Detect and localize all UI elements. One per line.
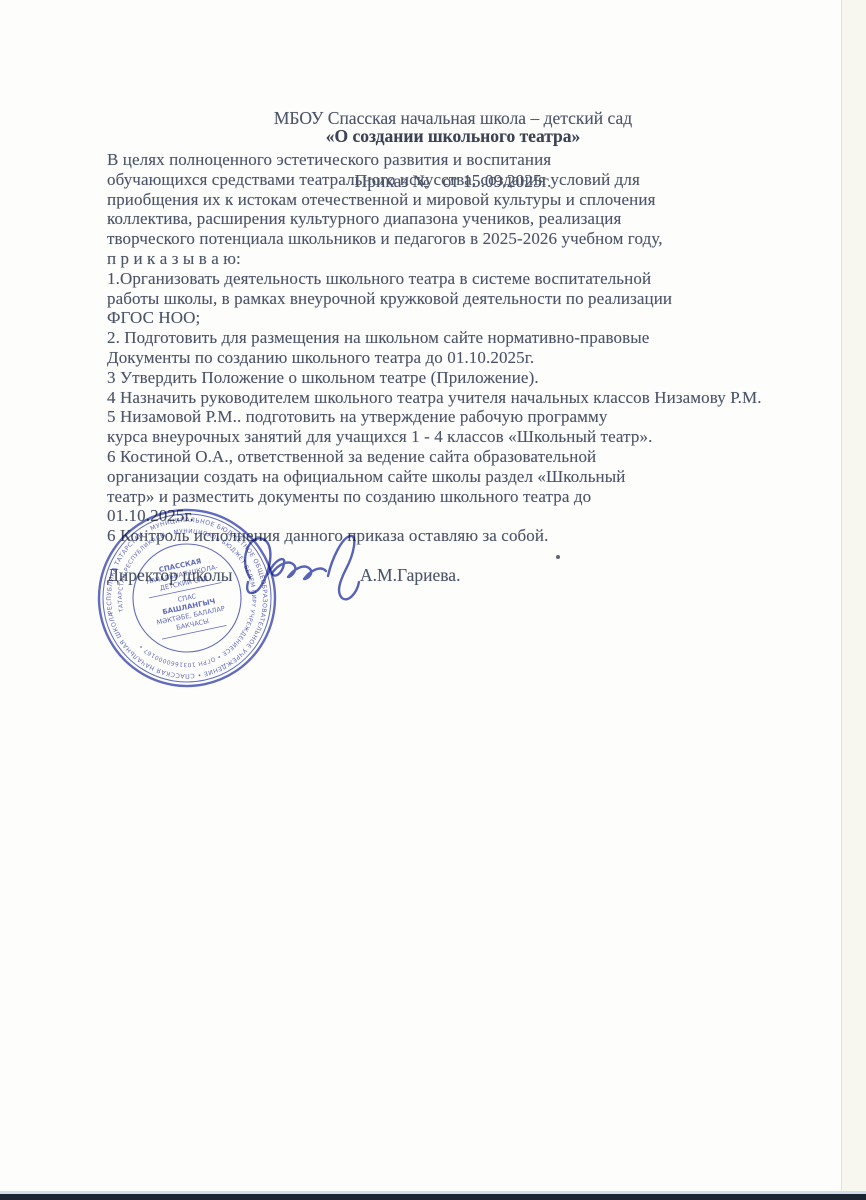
body-line: приобщения их к истокам отечественной и … <box>107 190 807 210</box>
body-line: 2. Подготовить для размещения на школьно… <box>107 328 807 348</box>
body-line: организации создать на официальном сайте… <box>107 467 807 487</box>
stamp-center-text: СПАССКАЯ НАЧАЛЬНАЯ ШКОЛА- ДЕТСКИЙ САД СП… <box>143 554 230 640</box>
scan-bottom-strip-dark <box>0 1194 866 1200</box>
scanned-document-page: МБОУ Спасская начальная школа – детский … <box>0 0 866 1200</box>
paper-right-edge <box>841 0 866 1200</box>
document-title: «О создании школьного театра» <box>107 126 799 147</box>
body-line: 4 Назначить руководителем школьного теат… <box>107 388 807 408</box>
body-line: 3 Утвердить Положение о школьном театре … <box>107 368 807 388</box>
body-line: 5 Низамовой Р.М.. подготовить на утвержд… <box>107 407 807 427</box>
body-line: работы школы, в рамках внеурочной кружко… <box>107 289 807 309</box>
body-line: ФГОС НОО; <box>107 308 807 328</box>
body-line: коллектива, расширения культурного диапа… <box>107 209 807 229</box>
body-line: Документы по созданию школьного театра д… <box>107 348 807 368</box>
body-line: п р и к а з ы в а ю: <box>107 249 807 269</box>
document-body: В целях полноценного эстетического разви… <box>107 150 807 546</box>
body-line: обучающихся средствами театрального иску… <box>107 170 807 190</box>
body-line: творческого потенциала школьников и педа… <box>107 229 807 249</box>
body-line: 6 Костиной О.А., ответственной за ведени… <box>107 447 807 467</box>
body-line: 1.Организовать деятельность школьного те… <box>107 269 807 289</box>
body-line: курса внеурочных занятий для учащихся 1 … <box>107 427 807 447</box>
body-line: В целях полноценного эстетического разви… <box>107 150 807 170</box>
ink-dot-artifact <box>556 555 560 559</box>
director-signature-ink <box>230 524 380 614</box>
